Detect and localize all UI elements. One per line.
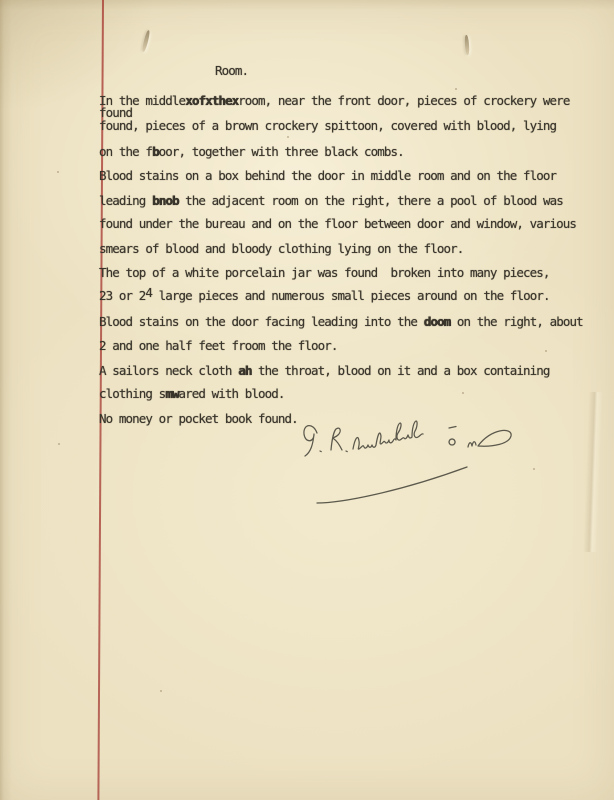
staple-mark <box>464 35 469 55</box>
typed-line-12: 2 and one half feet froom the floor. <box>99 338 338 353</box>
typed-line-15: No money or pocket book found. <box>99 411 298 426</box>
document-page: Room. In the middlexofxthexroom, near th… <box>0 0 614 800</box>
signature-surname <box>353 421 423 449</box>
signature-flourish <box>468 442 476 447</box>
typed-line-13: A sailors neck cloth ah the throat, bloo… <box>99 363 550 378</box>
paper-speck <box>287 136 289 138</box>
signature-initial-r <box>331 428 342 450</box>
paper-speck <box>462 392 464 394</box>
paper-crease <box>583 392 603 552</box>
page-title: Room. <box>215 63 248 78</box>
typed-line-14: clothing smwared with blood. <box>99 386 285 401</box>
paper-speck <box>57 171 59 173</box>
paper-speck <box>545 350 547 352</box>
typed-line-11: Blood stains on the door facing leading … <box>99 314 583 329</box>
paper-speck <box>455 88 457 90</box>
typed-line-3: found, pieces of a brown crockery spitto… <box>99 118 556 133</box>
typed-line-4: on the fboor, together with three black … <box>99 144 404 159</box>
typed-line-5: Blood stains on a box behind the door in… <box>99 168 556 183</box>
paper-speck <box>533 468 535 470</box>
staple-mark <box>141 30 150 52</box>
paper-speck <box>160 690 162 692</box>
typed-line-7: found under the bureau and on the floor … <box>99 216 576 231</box>
typed-line-8: smears of blood and bloody clothing lyin… <box>99 241 463 256</box>
typed-line-1: In the middlexofxthexroom, near the fron… <box>99 93 569 108</box>
typed-line-10: 23 or 24 large pieces and numerous small… <box>99 288 550 303</box>
signature-underline-flourish <box>317 467 467 503</box>
signature <box>295 415 530 515</box>
typed-line-9: The top of a white porcelain jar was fou… <box>99 265 550 280</box>
paper-speck <box>58 443 60 445</box>
signature-initial-g <box>304 426 317 456</box>
typed-line-6: leading bnob the adjacent room on the ri… <box>99 193 563 208</box>
